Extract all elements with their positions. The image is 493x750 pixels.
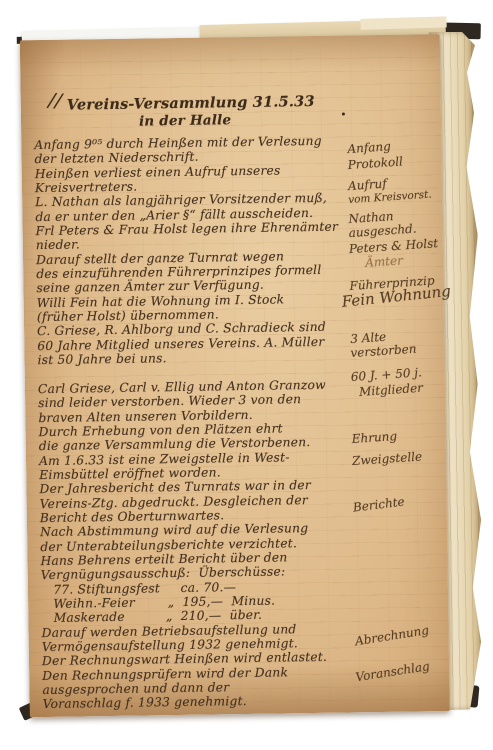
ink-dot: [342, 113, 345, 116]
heading-slash-mark: //: [48, 89, 63, 112]
photo-scene: // Vereins-Versammlung 31.5.33 in der Ha…: [0, 0, 493, 750]
body-lines: Anfang 9⁰⁵ durch Heinßen mit der Verlesu…: [34, 133, 354, 711]
page-subtitle: in der Halle: [139, 112, 231, 129]
book-page: // Vereins-Versammlung 31.5.33 in der Ha…: [20, 34, 450, 717]
